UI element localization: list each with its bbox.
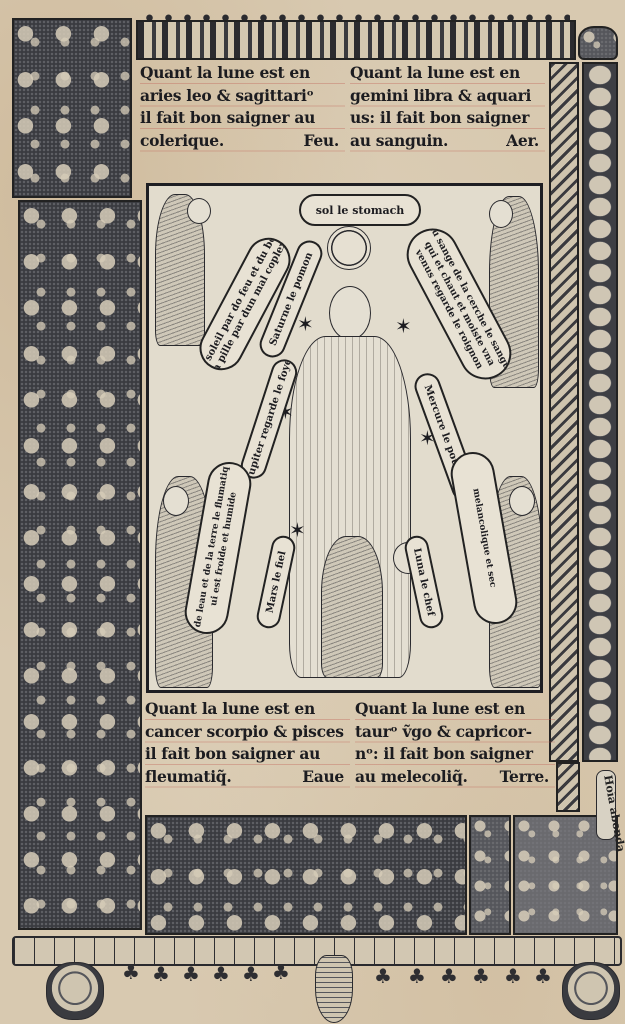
corner-ornament-top-right <box>578 26 618 60</box>
right-border-bead-string <box>582 62 618 762</box>
text-line: Quant la lune est en <box>145 698 350 721</box>
left-border-foliage <box>18 200 142 930</box>
trefoil-icon: ♣ <box>534 966 552 986</box>
text-line: Quant la lune est en <box>350 62 545 85</box>
text-line: gemini libra & aquari <box>350 85 545 108</box>
trefoil-icon: ♣ <box>242 964 260 984</box>
bottom-text-left: Quant la lune est en cancer scorpio & pi… <box>145 698 350 798</box>
corner-woodcut-top-left <box>12 18 132 198</box>
trefoil-icon: ♣ <box>408 966 426 986</box>
bottom-panel-scroll <box>469 815 511 935</box>
text-line: cancer scorpio & pisces <box>145 721 350 744</box>
sun-face <box>327 226 371 270</box>
trefoil-icon: ♣ <box>122 962 140 982</box>
text-line: aries leo & sagittariᵒ <box>140 85 345 108</box>
figure-head <box>489 200 513 228</box>
element-label-air: Aer. <box>506 130 539 153</box>
trefoil-icon: ♣ <box>472 966 490 986</box>
text-line: fleumatiq̃. <box>145 767 231 786</box>
text-line: taurᵒ ṽgo & capricor- <box>355 721 555 744</box>
text-line: Quant la lune est en <box>140 62 345 85</box>
figure-head <box>187 198 211 224</box>
hanging-finial-center <box>315 955 353 1023</box>
bottom-panel-dragons <box>145 815 467 935</box>
text-line: nᵒ: il fait bon saigner <box>355 743 555 766</box>
text-line: au sanguin. <box>350 131 448 150</box>
text-line: us: il fait bon saigner <box>350 107 545 130</box>
top-frieze <box>136 20 576 60</box>
trefoil-icon: ♣ <box>504 966 522 986</box>
trefoil-icon: ♣ <box>440 966 458 986</box>
text-line: au melecoliq̃. <box>355 767 468 786</box>
element-label-fire: Feu. <box>304 130 339 153</box>
bottom-text-right: Quant la lune est en taurᵒ ṽgo & capric… <box>355 698 555 798</box>
top-text-right: Quant la lune est en gemini libra & aqua… <box>350 62 545 162</box>
zodiac-man-woodcut: ✶ ✶ ✶ ✶ ✶ sol le stomach le soleil par d… <box>146 183 543 693</box>
figure-head <box>163 486 189 516</box>
text-line: il fait bon saigner au <box>145 743 350 766</box>
grotesque-mask-right <box>562 962 620 1020</box>
grotesque-mask-left <box>46 962 104 1020</box>
zodiac-man-head <box>329 286 371 340</box>
star-icon: ✶ <box>297 314 314 334</box>
right-border-column-lower <box>556 762 580 812</box>
text-line: colerique. <box>140 131 224 150</box>
trefoil-icon: ♣ <box>272 962 290 982</box>
element-label-earth: Terre. <box>500 766 549 789</box>
trefoil-icon: ♣ <box>374 966 392 986</box>
text-line: Quant la lune est en <box>355 698 555 721</box>
text-line: il fait bon saigner au <box>140 107 345 130</box>
trefoil-icon: ♣ <box>182 964 200 984</box>
figure-head <box>509 486 535 516</box>
star-icon: ✶ <box>289 520 306 540</box>
banner-sun: sol le stomach <box>299 194 421 226</box>
right-border-column <box>549 62 579 762</box>
star-icon: ✶ <box>395 316 412 336</box>
figure-jester <box>321 536 383 678</box>
trefoil-icon: ♣ <box>212 964 230 984</box>
element-label-water: Eaue <box>302 766 344 789</box>
top-text-left: Quant la lune est en aries leo & sagitta… <box>140 62 345 162</box>
trefoil-icon: ♣ <box>152 964 170 984</box>
